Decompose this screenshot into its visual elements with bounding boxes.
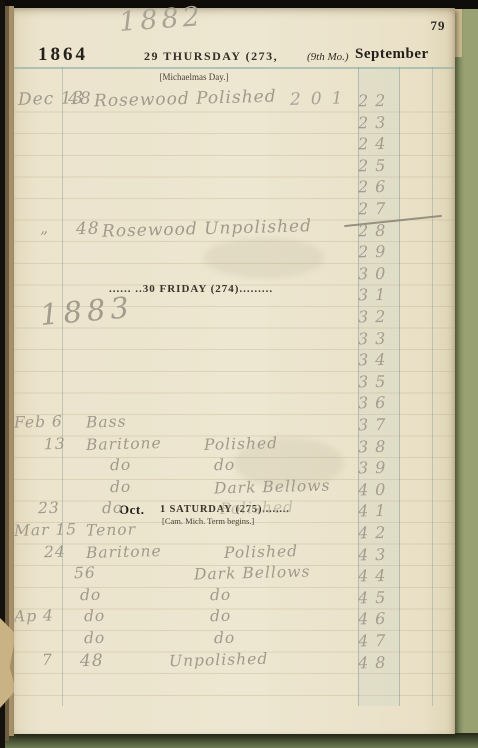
handwritten-entry-segment: do bbox=[80, 586, 102, 605]
row-number: 32 bbox=[358, 307, 402, 327]
book-bottom-edge bbox=[0, 733, 478, 748]
row-number: 28 bbox=[358, 220, 402, 240]
row-number: 47 bbox=[358, 631, 402, 651]
handwritten-entry-segment: Feb 6 bbox=[14, 412, 63, 431]
right-column-rule bbox=[432, 67, 433, 706]
printed-month-qualifier: (9th Mo.) bbox=[307, 51, 349, 63]
handwritten-entry-segment: Bass bbox=[86, 412, 127, 431]
row-number: 26 bbox=[358, 177, 402, 197]
row-number: 36 bbox=[358, 393, 402, 413]
handwritten-entry-segment: do bbox=[214, 456, 236, 475]
handwritten-entry-segment: do bbox=[84, 629, 106, 648]
handwritten-entry-segment: 201 bbox=[290, 88, 353, 110]
row-number: 23 bbox=[358, 112, 402, 132]
row-number: 34 bbox=[358, 350, 402, 370]
handwritten-entry-segment: Dark Bellows bbox=[214, 476, 331, 497]
handwritten-entry-segment: 56 bbox=[74, 564, 96, 583]
handwritten-entry-segment: Polished bbox=[204, 434, 279, 454]
row-number: 30 bbox=[358, 263, 402, 283]
row-number: 27 bbox=[358, 199, 402, 219]
handwritten-entry-segment: do bbox=[210, 586, 232, 605]
row-number: 43 bbox=[358, 544, 402, 564]
row-number: 45 bbox=[358, 587, 402, 607]
row-number: 40 bbox=[358, 479, 402, 499]
row-number: 41 bbox=[358, 501, 402, 521]
handwritten-entry-segment: do bbox=[84, 607, 106, 626]
handwritten-entry-segment: 48 bbox=[68, 89, 92, 110]
row-number: 37 bbox=[358, 415, 402, 435]
handwritten-entry-segment: Mar 15 bbox=[14, 520, 78, 540]
handwritten-entry-segment: do bbox=[110, 478, 132, 497]
cambridge-term-note: [Cam. Mich. Term begins.] bbox=[162, 516, 254, 526]
handwritten-entry-segment: Unpolished bbox=[169, 649, 269, 670]
handwritten-entry-segment: Baritone bbox=[86, 434, 162, 454]
scanned-diary-photo: 79 1882 1864 29 THURSDAY (273, (9th Mo.)… bbox=[0, 0, 478, 748]
printed-year: 1864 bbox=[38, 44, 88, 66]
handwritten-entry-segment: do bbox=[210, 607, 232, 626]
handwritten-entry-segment: 48 bbox=[76, 218, 100, 239]
printed-day-heading: 29 THURSDAY (273, bbox=[144, 49, 278, 64]
row-number: 31 bbox=[358, 285, 402, 305]
handwritten-entry-segment: do bbox=[102, 499, 124, 518]
page-number: 79 bbox=[418, 18, 458, 34]
page-smudge bbox=[204, 238, 324, 278]
row-number: 48 bbox=[358, 652, 402, 672]
diary-page: 79 1882 1864 29 THURSDAY (273, (9th Mo.)… bbox=[14, 8, 455, 734]
handwritten-entry-segment: do bbox=[214, 629, 236, 648]
printed-friday-line: ...... ..30 FRIDAY (274)......... bbox=[109, 283, 273, 295]
row-number: 35 bbox=[358, 371, 402, 391]
handwritten-entry-segment: do bbox=[110, 456, 132, 475]
handwritten-entry-segment: Dark Bellows bbox=[194, 563, 311, 584]
handwritten-entry-segment: 24 bbox=[44, 542, 66, 561]
row-number: 42 bbox=[358, 523, 402, 543]
handwritten-entry-segment: Tenor bbox=[86, 520, 137, 539]
handwritten-entry-segment: 7 bbox=[42, 650, 53, 668]
handwritten-entry-segment: 23 bbox=[38, 499, 60, 518]
handwritten-year-1882: 1882 bbox=[118, 1, 205, 38]
handwritten-entry-segment: „ bbox=[40, 218, 49, 236]
row-number: 33 bbox=[358, 328, 402, 348]
handwritten-entry-segment: Baritone bbox=[86, 542, 162, 562]
row-number: 24 bbox=[358, 134, 402, 154]
row-number: 25 bbox=[358, 155, 402, 175]
row-number: 46 bbox=[358, 609, 402, 629]
michaelmas-note: [Michaelmas Day.] bbox=[14, 72, 374, 82]
margin-rule bbox=[62, 67, 63, 706]
handwritten-entry-segment: Polished bbox=[220, 498, 295, 518]
handwritten-entry-segment: 48 bbox=[80, 650, 104, 671]
row-number: 38 bbox=[358, 436, 402, 456]
row-number: 44 bbox=[358, 566, 402, 586]
printed-month: September bbox=[355, 46, 429, 63]
row-number: 29 bbox=[358, 242, 402, 262]
handwritten-entry-segment: 13 bbox=[44, 434, 66, 453]
handwritten-entry-segment: Ap 4 bbox=[14, 607, 54, 626]
handwritten-entry-segment: Polished bbox=[224, 542, 299, 562]
photo-background bbox=[455, 9, 478, 734]
row-number: 22 bbox=[358, 91, 402, 111]
row-number: 39 bbox=[358, 458, 402, 478]
